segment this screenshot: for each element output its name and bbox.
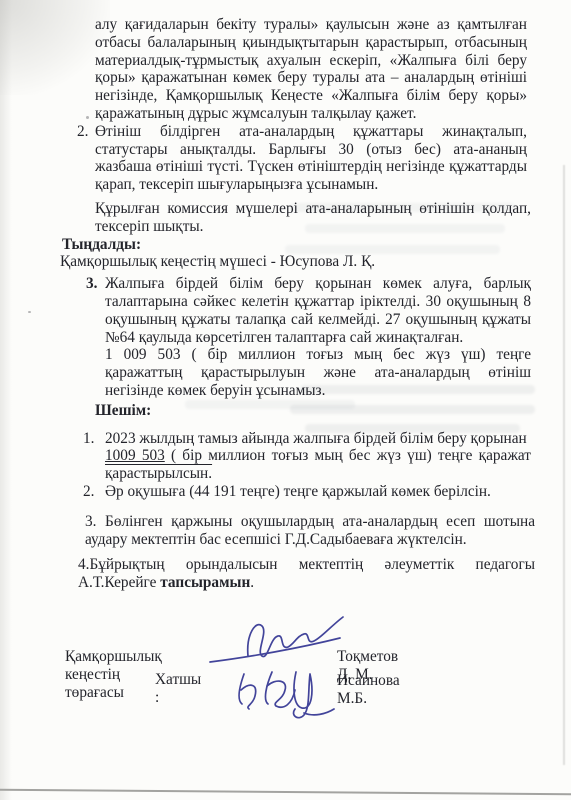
chairman-signature-icon	[210, 617, 343, 662]
page-bottom-edge	[0, 789, 571, 796]
commission-paragraph: Құрылған комиссия мүшелері ата-аналарыны…	[95, 200, 531, 236]
decision-item-1-text: 2023 жылдың тамыз айында жалпыға бірдей …	[105, 430, 531, 483]
secretary-label: Хатшы :	[155, 671, 201, 707]
amount-paragraph: 1 009 503 ( бір миллион тоғыз мың бес жү…	[105, 346, 531, 399]
decision-item-1: 1. 2023 жылдың тамыз айында жалпыға бірд…	[83, 430, 531, 483]
secretary-signature-icon	[239, 672, 334, 718]
continuation-paragraph: алу қағидаларын бекіту туралы» қаулысын …	[95, 16, 527, 123]
decision-heading: Шешім:	[95, 402, 571, 420]
scanned-document-page: алу қағидаларын бекіту туралы» қаулысын …	[0, 0, 571, 800]
list-marker: 1.	[83, 430, 105, 448]
agenda-item-3: 3. Жалпыға бірдей білім беру қорынан көм…	[86, 275, 531, 346]
list-marker: 2.	[77, 123, 95, 141]
agenda-item-2: 2. Өтініш білдірген ата-аналардың құжатт…	[77, 123, 527, 194]
chairman-label: Қамқоршылық кеңестің төрағасы	[65, 648, 162, 702]
heard-heading: Тыңдалды:	[62, 236, 571, 254]
decision-item-3: 3. Бөлінген қаржыны оқушылардың ата-анал…	[85, 513, 535, 549]
agenda-item-2-text: Өтініш білдірген ата-аналардың құжаттары…	[95, 123, 527, 194]
agenda-item-3-text: Жалпыға бірдей білім беру қорынан көмек …	[105, 275, 531, 346]
list-marker: 3.	[86, 275, 105, 293]
decision-item-2-text: Әр оқушыға (44 191 теңге) теңге қаржылай…	[105, 483, 531, 501]
document-body: алу қағидаларын бекіту туралы» қаулысын …	[0, 0, 571, 592]
heard-member-line: Қамқоршылық кеңестің мүшесі - Юсупова Л.…	[60, 253, 571, 271]
signatures-ink	[200, 610, 350, 720]
list-marker: 2.	[83, 483, 105, 501]
decision-item-4: 4.Бұйрықтың орындалысын мектептің әлеуме…	[78, 556, 535, 592]
decision-item-2: 2. Әр оқушыға (44 191 теңге) теңге қаржы…	[83, 483, 531, 501]
